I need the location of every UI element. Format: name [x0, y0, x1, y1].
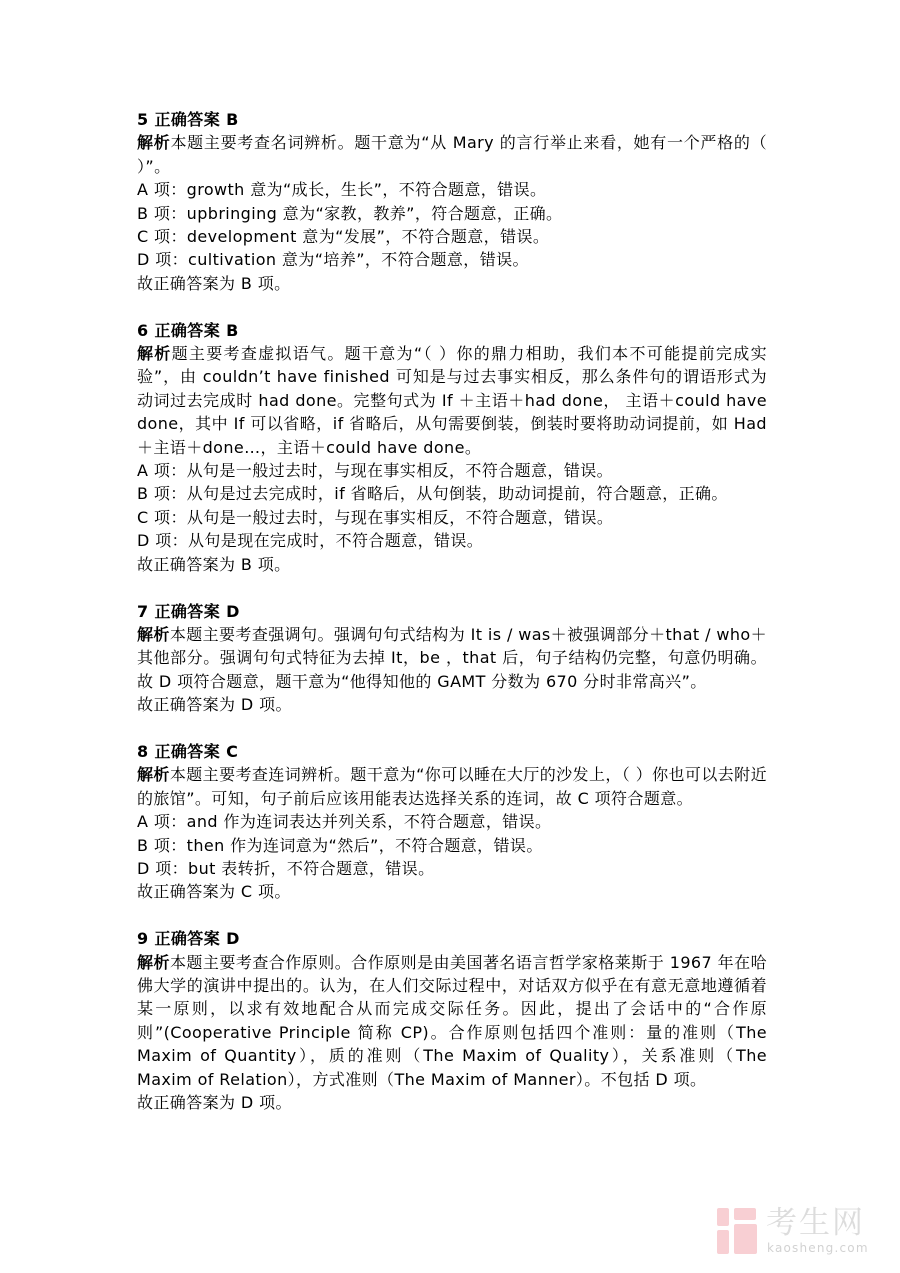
option-line: D 项：从句是现在完成时，不符合题意，错误。 [137, 529, 767, 552]
answer-heading: 7 正确答案 D [137, 600, 767, 623]
analysis-label: 解析 [137, 953, 170, 972]
analysis-label: 解析 [137, 344, 172, 363]
option-line: B 项：从句是过去完成时，if 省略后，从句倒装，助动词提前，符合题意，正确。 [137, 482, 767, 505]
answer-section-8: 8 正确答案 C 解析本题主要考查连词辨析。题干意为“你可以睡在大厅的沙发上，（… [137, 740, 767, 904]
answer-section-7: 7 正确答案 D 解析本题主要考查强调句。强调句句式结构为 It is / wa… [137, 600, 767, 717]
kaosheng-logo-icon [717, 1208, 757, 1254]
analysis-paragraph: 解析本题主要考查强调句。强调句句式结构为 It is / was＋被强调部分＋t… [137, 623, 767, 693]
answer-section-9: 9 正确答案 D 解析本题主要考查合作原则。合作原则是由美国著名语言哲学家格莱斯… [137, 927, 767, 1114]
answer-heading: 5 正确答案 B [137, 108, 767, 131]
conclusion-line: 故正确答案为 C 项。 [137, 880, 767, 903]
answer-heading: 6 正确答案 B [137, 319, 767, 342]
analysis-label: 解析 [137, 133, 170, 152]
conclusion-line: 故正确答案为 B 项。 [137, 553, 767, 576]
analysis-text: 本题主要考查强调句。强调句句式结构为 It is / was＋被强调部分＋tha… [137, 625, 767, 691]
answer-section-5: 5 正确答案 B 解析本题主要考查名词辨析。题干意为“从 Mary 的言行举止来… [137, 108, 767, 295]
analysis-text: 本题主要考查名词辨析。题干意为“从 Mary 的言行举止来看，她有一个严格的（ … [137, 133, 767, 175]
analysis-text: 题主要考查虚拟语气。题干意为“（ ）你的鼎力相助，我们本不可能提前完成实验”，由… [137, 344, 767, 457]
option-line: A 项：从句是一般过去时，与现在事实相反，不符合题意，错误。 [137, 459, 767, 482]
option-line: B 项：then 作为连词意为“然后”，不符合题意，错误。 [137, 834, 767, 857]
option-line: D 项：but 表转折，不符合题意，错误。 [137, 857, 767, 880]
analysis-paragraph: 解析本题主要考查连词辨析。题干意为“你可以睡在大厅的沙发上，（ ）你也可以去附近… [137, 763, 767, 810]
conclusion-line: 故正确答案为 D 项。 [137, 693, 767, 716]
option-line: C 项：development 意为“发展”，不符合题意，错误。 [137, 225, 767, 248]
watermark-subtitle: kaosheng.com [767, 1241, 869, 1255]
analysis-text: 本题主要考查连词辨析。题干意为“你可以睡在大厅的沙发上，（ ）你也可以去附近的旅… [137, 765, 767, 807]
answer-section-6: 6 正确答案 B 解析题主要考查虚拟语气。题干意为“（ ）你的鼎力相助，我们本不… [137, 319, 767, 576]
document-page: 5 正确答案 B 解析本题主要考查名词辨析。题干意为“从 Mary 的言行举止来… [137, 108, 767, 1138]
conclusion-line: 故正确答案为 B 项。 [137, 272, 767, 295]
option-line: A 项：and 作为连词表达并列关系，不符合题意，错误。 [137, 810, 767, 833]
conclusion-line: 故正确答案为 D 项。 [137, 1091, 767, 1114]
kaosheng-watermark: 考生网 kaosheng.com [716, 1205, 886, 1261]
analysis-label: 解析 [137, 625, 170, 644]
option-line: B 项：upbringing 意为“家教，教养”，符合题意，正确。 [137, 202, 767, 225]
option-line: A 项：growth 意为“成长，生长”，不符合题意，错误。 [137, 178, 767, 201]
analysis-paragraph: 解析题主要考查虚拟语气。题干意为“（ ）你的鼎力相助，我们本不可能提前完成实验”… [137, 342, 767, 459]
answer-heading: 9 正确答案 D [137, 927, 767, 950]
answer-heading: 8 正确答案 C [137, 740, 767, 763]
option-line: D 项：cultivation 意为“培养”，不符合题意，错误。 [137, 248, 767, 271]
watermark-title: 考生网 [766, 1205, 865, 1241]
option-line: C 项：从句是一般过去时，与现在事实相反，不符合题意，错误。 [137, 506, 767, 529]
analysis-text: 本题主要考查合作原则。合作原则是由美国著名语言哲学家格莱斯于 1967 年在哈佛… [137, 953, 767, 1089]
analysis-paragraph: 解析本题主要考查合作原则。合作原则是由美国著名语言哲学家格莱斯于 1967 年在… [137, 951, 767, 1091]
analysis-paragraph: 解析本题主要考查名词辨析。题干意为“从 Mary 的言行举止来看，她有一个严格的… [137, 131, 767, 178]
analysis-label: 解析 [137, 765, 170, 784]
